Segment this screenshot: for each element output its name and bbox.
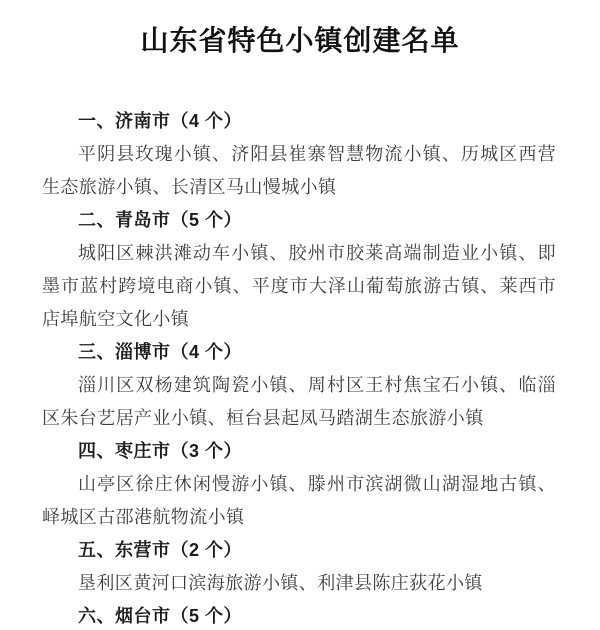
city-section: 四、枣庄市（3 个） 山亭区徐庄休闲慢游小镇、滕州市滨湖微山湖湿地古镇、峄城区古…	[42, 435, 556, 534]
document-title: 山东省特色小镇创建名单	[0, 25, 600, 59]
town-list-paragraph: 平阴县玫瑰小镇、济阳县崔寨智慧物流小镇、历城区西营生态旅游小镇、长清区马山慢城小…	[42, 138, 556, 204]
city-heading: 三、淄博市（4 个）	[42, 336, 556, 369]
town-list-paragraph: 淄川区双杨建筑陶瓷小镇、周村区王村焦宝石小镇、临淄区朱台艺居产业小镇、桓台县起凤…	[42, 369, 556, 435]
city-heading: 二、青岛市（5 个）	[42, 204, 556, 237]
city-section: 五、东营市（2 个） 垦利区黄河口滨海旅游小镇、利津县陈庄荻花小镇	[42, 534, 556, 600]
city-section: 二、青岛市（5 个） 城阳区棘洪滩动车小镇、胶州市胶莱高端制造业小镇、即墨市蓝村…	[42, 204, 556, 336]
city-section: 六、烟台市（5 个）	[42, 600, 556, 630]
document-page: 山东省特色小镇创建名单 一、济南市（4 个） 平阴县玫瑰小镇、济阳县崔寨智慧物流…	[0, 0, 600, 630]
town-list-paragraph: 垦利区黄河口滨海旅游小镇、利津县陈庄荻花小镇	[42, 567, 556, 600]
city-heading: 六、烟台市（5 个）	[42, 600, 556, 630]
town-list-paragraph: 山亭区徐庄休闲慢游小镇、滕州市滨湖微山湖湿地古镇、峄城区古邵港航物流小镇	[42, 468, 556, 534]
city-section: 一、济南市（4 个） 平阴县玫瑰小镇、济阳县崔寨智慧物流小镇、历城区西营生态旅游…	[42, 105, 556, 204]
town-list-paragraph: 城阳区棘洪滩动车小镇、胶州市胶莱高端制造业小镇、即墨市蓝村跨境电商小镇、平度市大…	[42, 237, 556, 336]
city-heading: 一、济南市（4 个）	[42, 105, 556, 138]
document-content: 一、济南市（4 个） 平阴县玫瑰小镇、济阳县崔寨智慧物流小镇、历城区西营生态旅游…	[42, 105, 556, 630]
city-heading: 四、枣庄市（3 个）	[42, 435, 556, 468]
city-heading: 五、东营市（2 个）	[42, 534, 556, 567]
city-section: 三、淄博市（4 个） 淄川区双杨建筑陶瓷小镇、周村区王村焦宝石小镇、临淄区朱台艺…	[42, 336, 556, 435]
